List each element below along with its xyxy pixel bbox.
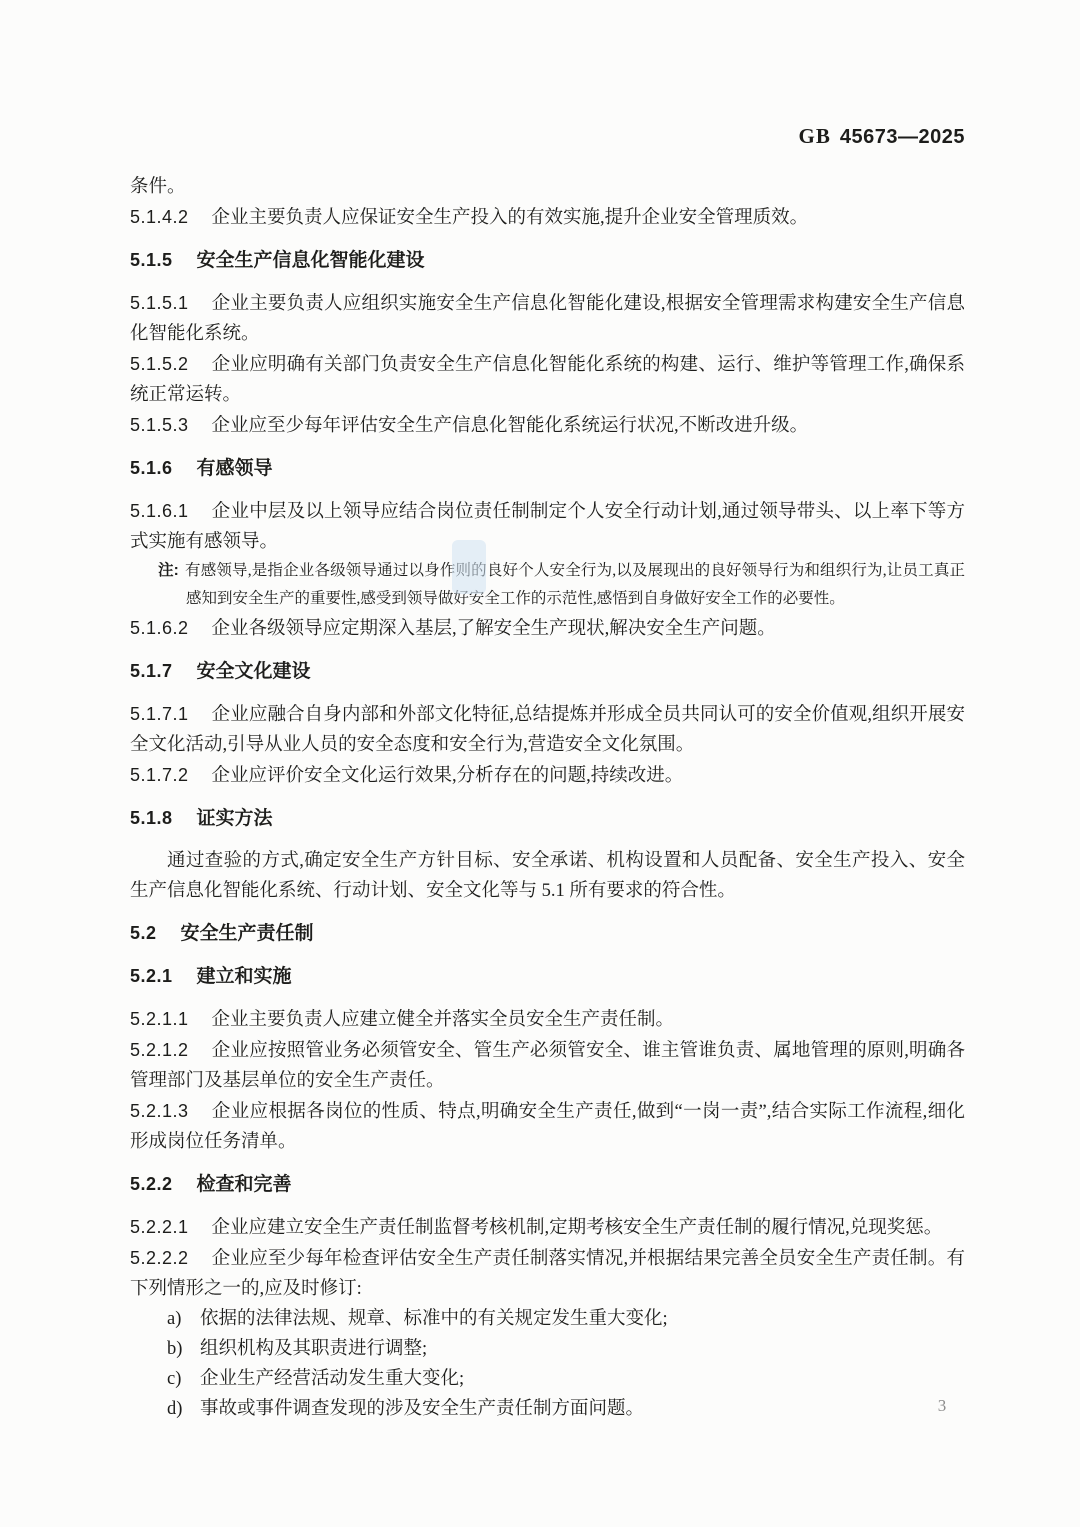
paragraph-text: 企业主要负责人应组织实施安全生产信息化智能化建设,根据安全管理需求构建安全生产信…	[130, 294, 965, 344]
clause-number: 5.1.7.2	[130, 765, 189, 785]
clause-number: 5.2.1.3	[130, 1101, 189, 1121]
paragraph-text: 依据的法律法规、规章、标准中的有关规定发生重大变化;	[200, 1309, 668, 1329]
note-注: 注:有感领导,是指企业各级领导通过以身作则的良好个人安全行为,以及展现出的良好领…	[130, 557, 965, 613]
clause-number: 5.1.7	[130, 661, 173, 681]
paragraph-text: 企业应建立安全生产责任制监督考核机制,定期考核安全生产责任制的履行情况,兑现奖惩…	[212, 1218, 943, 1238]
clause-number: 5.1.5.2	[130, 354, 189, 374]
document-page: GB45673—2025 条件。5.1.4.2企业主要负责人应保证安全生产投入的…	[0, 0, 1080, 1527]
paragraph-text: 通过查验的方式,确定安全生产方针目标、安全承诺、机构设置和人员配备、安全生产投入…	[130, 851, 965, 901]
clause-number: 5.1.5	[130, 250, 173, 270]
heading-5.1.5: 5.1.5安全生产信息化智能化建设	[130, 245, 965, 276]
clause-5.2.2.2: 5.2.2.2企业应至少每年检查评估安全生产责任制落实情况,并根据结果完善全员安…	[130, 1243, 965, 1304]
clause-number: 5.2.1	[130, 966, 173, 986]
paragraph-text: 企业应明确有关部门负责安全生产信息化智能化系统的构建、运行、维护等管理工作,确保…	[130, 355, 965, 405]
clause-number: 5.1.4.2	[130, 207, 189, 227]
paragraph-text: 企业应至少每年检查评估安全生产责任制落实情况,并根据结果完善全员安全生产责任制。…	[130, 1249, 965, 1299]
paragraph-text: 企业主要负责人应保证安全生产投入的有效实施,提升企业安全管理质效。	[212, 208, 809, 228]
clause-5.1.7.1: 5.1.7.1企业应融合自身内部和外部文化特征,总结提炼并形成全员共同认可的安全…	[130, 699, 965, 760]
clause-5.2.1.3: 5.2.1.3企业应根据各岗位的性质、特点,明确安全生产责任,做到“一岗一责”,…	[130, 1096, 965, 1157]
document-body: 条件。5.1.4.2企业主要负责人应保证安全生产投入的有效实施,提升企业安全管理…	[130, 172, 965, 1424]
heading-5.1.7: 5.1.7安全文化建设	[130, 656, 965, 687]
paragraph-text: 企业应按照管业务必须管安全、管生产必须管安全、谁主管谁负责、属地管理的原则,明确…	[130, 1041, 965, 1091]
paragraph-text: 安全文化建设	[197, 661, 311, 682]
paragraph-text: 企业应至少每年评估安全生产信息化智能化系统运行状况,不断改进升级。	[212, 416, 809, 436]
paragraph-text: 建立和实施	[197, 966, 292, 987]
clause-number: 5.1.8	[130, 808, 173, 828]
paragraph-text: 企业应根据各岗位的性质、特点,明确安全生产责任,做到“一岗一责”,结合实际工作流…	[130, 1102, 965, 1152]
list-marker: b)	[167, 1334, 200, 1364]
heading-5.2: 5.2安全生产责任制	[130, 918, 965, 949]
paragraph-text: 企业主要负责人应建立健全并落实全员安全生产责任制。	[212, 1010, 675, 1030]
paragraph-text: 企业生产经营活动发生重大变化;	[200, 1369, 464, 1389]
clause-5.2.1.2: 5.2.1.2企业应按照管业务必须管安全、管生产必须管安全、谁主管谁负责、属地管…	[130, 1035, 965, 1096]
paragraph-text: 企业应融合自身内部和外部文化特征,总结提炼并形成全员共同认可的安全价值观,组织开…	[130, 705, 965, 755]
standard-code: GB	[799, 124, 831, 148]
paragraph-text: 有感领导	[197, 458, 273, 479]
paragraph-text: 安全生产信息化智能化建设	[197, 250, 425, 271]
clause-5.1.7.2: 5.1.7.2企业应评价安全文化运行效果,分析存在的问题,持续改进。	[130, 760, 965, 791]
paragraph-text: 有感领导,是指企业各级领导通过以身作则的良好个人安全行为,以及展现出的良好领导行…	[185, 562, 965, 607]
heading-5.1.8: 5.1.8证实方法	[130, 803, 965, 834]
standard-number: 45673—2025	[840, 126, 965, 148]
clause-number: 5.2.2	[130, 1174, 173, 1194]
paragraph-text: 事故或事件调查发现的涉及安全生产责任制方面问题。	[200, 1399, 644, 1419]
clause-5.1.4.2: 5.1.4.2企业主要负责人应保证安全生产投入的有效实施,提升企业安全管理质效。	[130, 202, 965, 233]
clause-5.1.6.2: 5.1.6.2企业各级领导应定期深入基层,了解安全生产现状,解决安全生产问题。	[130, 613, 965, 644]
clause-number: 5.1.5.1	[130, 293, 189, 313]
paragraph-text: 安全生产责任制	[181, 923, 314, 944]
page-header: GB45673—2025	[130, 122, 965, 152]
paragraph-text: 组织机构及其职责进行调整;	[200, 1339, 427, 1359]
clause-5.1.5.2: 5.1.5.2企业应明确有关部门负责安全生产信息化智能化系统的构建、运行、维护等…	[130, 349, 965, 410]
list-marker: d)	[167, 1394, 200, 1424]
clause-5.2.1.1: 5.2.1.1企业主要负责人应建立健全并落实全员安全生产责任制。	[130, 1004, 965, 1035]
list-marker: c)	[167, 1364, 200, 1394]
heading-5.2.2: 5.2.2检查和完善	[130, 1169, 965, 1200]
clause-number: 5.2.2.2	[130, 1248, 189, 1268]
list-b: b)组织机构及其职责进行调整;	[130, 1334, 965, 1364]
paragraph-text: 企业中层及以上领导应结合岗位责任制制定个人安全行动计划,通过领导带头、以上率下等…	[130, 502, 965, 552]
note-label: 注:	[158, 562, 179, 579]
paragraph-text: 企业各级领导应定期深入基层,了解安全生产现状,解决安全生产问题。	[212, 619, 776, 639]
list-c: c)企业生产经营活动发生重大变化;	[130, 1364, 965, 1394]
list-d: d)事故或事件调查发现的涉及安全生产责任制方面问题。	[130, 1394, 965, 1424]
paragraph-text: 证实方法	[197, 808, 273, 829]
clause-5.1.6.1: 5.1.6.1企业中层及以上领导应结合岗位责任制制定个人安全行动计划,通过领导带…	[130, 496, 965, 557]
clause-5.1.5.3: 5.1.5.3企业应至少每年评估安全生产信息化智能化系统运行状况,不断改进升级。	[130, 410, 965, 441]
paragraph-text: 条件。	[130, 177, 186, 197]
clause-5.1.5.1: 5.1.5.1企业主要负责人应组织实施安全生产信息化智能化建设,根据安全管理需求…	[130, 288, 965, 349]
clause-number: 5.2	[130, 923, 157, 943]
paragraph-text: 企业应评价安全文化运行效果,分析存在的问题,持续改进。	[212, 766, 684, 786]
clause-number: 5.1.6.2	[130, 618, 189, 638]
para-indent: 通过查验的方式,确定安全生产方针目标、安全承诺、机构设置和人员配备、安全生产投入…	[130, 846, 965, 906]
paragraph-text: 检查和完善	[197, 1174, 292, 1195]
body: 条件。	[130, 172, 965, 202]
clause-number: 5.1.5.3	[130, 415, 189, 435]
clause-number: 5.1.6	[130, 458, 173, 478]
clause-number: 5.2.1.2	[130, 1040, 189, 1060]
clause-number: 5.2.2.1	[130, 1217, 189, 1237]
page-number: 3	[922, 1396, 962, 1416]
clause-number: 5.1.6.1	[130, 501, 189, 521]
clause-5.2.2.1: 5.2.2.1企业应建立安全生产责任制监督考核机制,定期考核安全生产责任制的履行…	[130, 1212, 965, 1243]
heading-5.1.6: 5.1.6有感领导	[130, 453, 965, 484]
list-a: a)依据的法律法规、规章、标准中的有关规定发生重大变化;	[130, 1304, 965, 1334]
clause-number: 5.2.1.1	[130, 1009, 189, 1029]
list-marker: a)	[167, 1304, 200, 1334]
clause-number: 5.1.7.1	[130, 704, 189, 724]
heading-5.2.1: 5.2.1建立和实施	[130, 961, 965, 992]
